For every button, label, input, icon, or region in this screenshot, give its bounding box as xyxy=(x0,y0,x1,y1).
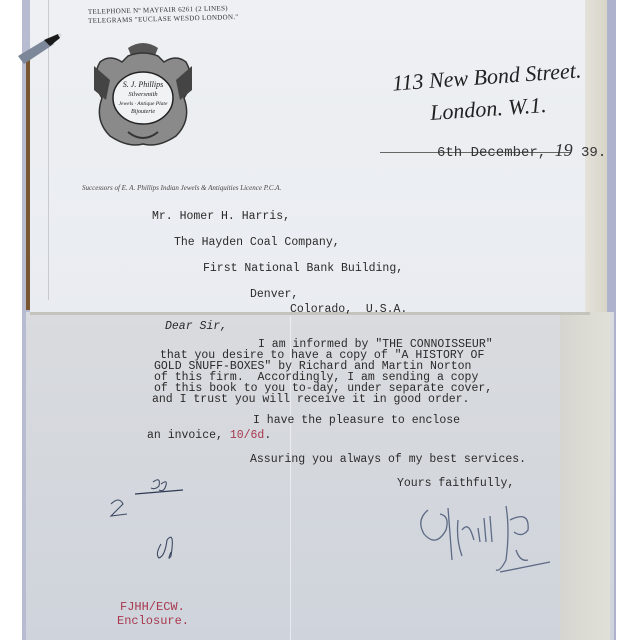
recipient-name: Mr. Homer H. Harris, xyxy=(152,210,290,224)
pen-icon xyxy=(18,30,63,72)
crest-emblem-icon: S. J. Phillips Silversmith Jewels · Anti… xyxy=(88,40,198,150)
page-fold-right xyxy=(560,312,610,640)
crest-line-4: Bijouterie xyxy=(131,109,155,115)
letter-date: 6th December, 19 39. xyxy=(437,140,606,161)
date-century: 19 xyxy=(555,140,573,160)
pencil-notes xyxy=(105,478,195,568)
recipient-state: Colorado, U.S.A. xyxy=(290,303,407,317)
valediction: Yours faithfully, xyxy=(397,477,514,491)
recipient-company: The Hayden Coal Company, xyxy=(174,236,340,250)
recipient-city: Denver, xyxy=(250,288,298,302)
crest-line-3: Jewels · Antique Plate xyxy=(119,101,168,107)
body-para2-line1: I have the pleasure to enclose xyxy=(253,414,460,428)
body-line-6: and I trust you will receive it in good … xyxy=(152,393,469,407)
date-year: 39. xyxy=(581,145,606,161)
invoice-prefix: an invoice, xyxy=(147,429,230,442)
closing-line: Assuring you always of my best services. xyxy=(250,453,526,467)
crest-line-2: Silversmith xyxy=(128,91,157,98)
invoice-amount: 10/6d xyxy=(230,429,265,442)
invoice-suffix: . xyxy=(264,429,271,442)
crest-line-1: S. J. Phillips xyxy=(123,80,163,89)
recipient-building: First National Bank Building, xyxy=(203,262,403,276)
body-para2-line2: an invoice, 10/6d. xyxy=(147,429,271,443)
enclosure-note: Enclosure. xyxy=(117,614,189,628)
reference-initials: FJHH/ECW. xyxy=(120,600,185,614)
letterhead-caption: Successors of E. A. Phillips Indian Jewe… xyxy=(82,184,281,192)
date-day-month: 6th December, xyxy=(437,145,546,161)
signature xyxy=(410,500,560,580)
salutation: Dear Sir, xyxy=(165,320,227,334)
